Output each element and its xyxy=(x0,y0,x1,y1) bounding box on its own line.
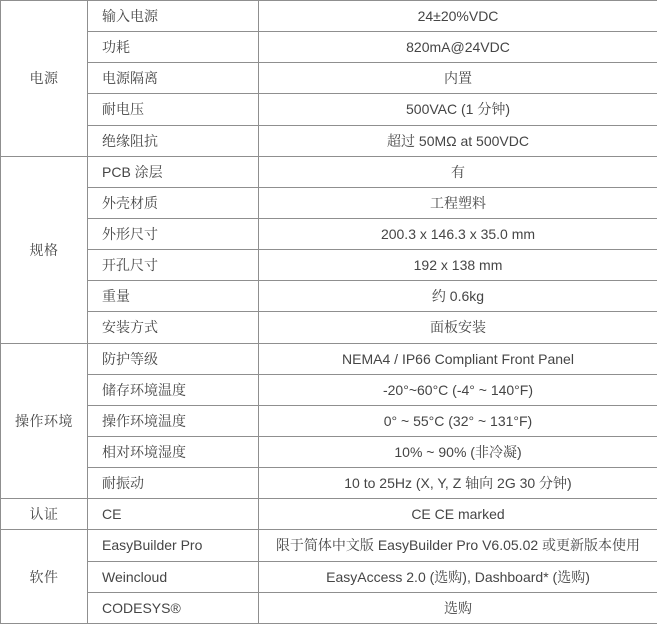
spec-table-body: 电源输入电源24±20%VDC功耗820mA@24VDC电源隔离内置耐电压500… xyxy=(1,1,657,624)
category-cell: 认证 xyxy=(1,499,88,530)
spec-value: -20°~60°C (-4° ~ 140°F) xyxy=(259,374,657,405)
spec-value: EasyAccess 2.0 (选购), Dashboard* (选购) xyxy=(259,561,657,592)
spec-value: 约 0.6kg xyxy=(259,281,657,312)
table-row: 电源隔离内置 xyxy=(1,63,657,94)
spec-label: CODESYS® xyxy=(88,592,259,623)
spec-label: Weincloud xyxy=(88,561,259,592)
category-cell: 操作环境 xyxy=(1,343,88,499)
spec-label: 重量 xyxy=(88,281,259,312)
table-row: 安装方式面板安装 xyxy=(1,312,657,343)
category-cell: 软件 xyxy=(1,530,88,624)
spec-value: 内置 xyxy=(259,63,657,94)
table-row: 操作环境温度0° ~ 55°C (32° ~ 131°F) xyxy=(1,405,657,436)
table-row: 储存环境温度-20°~60°C (-4° ~ 140°F) xyxy=(1,374,657,405)
spec-label: 耐振动 xyxy=(88,468,259,499)
spec-label: PCB 涂层 xyxy=(88,156,259,187)
spec-value: 选购 xyxy=(259,592,657,623)
spec-label: 功耗 xyxy=(88,32,259,63)
spec-value: 工程塑料 xyxy=(259,187,657,218)
spec-label: EasyBuilder Pro xyxy=(88,530,259,561)
table-row: 功耗820mA@24VDC xyxy=(1,32,657,63)
spec-label: 开孔尺寸 xyxy=(88,250,259,281)
table-row: 重量约 0.6kg xyxy=(1,281,657,312)
table-row: 相对环境湿度10% ~ 90% (非冷凝) xyxy=(1,436,657,467)
spec-label: 电源隔离 xyxy=(88,63,259,94)
table-row: 软件EasyBuilder Pro限于简体中文版 EasyBuilder Pro… xyxy=(1,530,657,561)
spec-value: 有 xyxy=(259,156,657,187)
table-row: 规格PCB 涂层有 xyxy=(1,156,657,187)
spec-label: 相对环境湿度 xyxy=(88,436,259,467)
table-row: 开孔尺寸192 x 138 mm xyxy=(1,250,657,281)
table-row: 耐振动10 to 25Hz (X, Y, Z 轴向 2G 30 分钟) xyxy=(1,468,657,499)
table-row: 外壳材质工程塑料 xyxy=(1,187,657,218)
spec-label: 耐电压 xyxy=(88,94,259,125)
spec-label: 防护等级 xyxy=(88,343,259,374)
spec-value: 200.3 x 146.3 x 35.0 mm xyxy=(259,218,657,249)
table-row: 电源输入电源24±20%VDC xyxy=(1,1,657,32)
spec-value: NEMA4 / IP66 Compliant Front Panel xyxy=(259,343,657,374)
spec-value: 24±20%VDC xyxy=(259,1,657,32)
spec-label: 输入电源 xyxy=(88,1,259,32)
spec-label: 操作环境温度 xyxy=(88,405,259,436)
table-row: 认证CECE CE marked xyxy=(1,499,657,530)
spec-value: 500VAC (1 分钟) xyxy=(259,94,657,125)
spec-sheet: 电源输入电源24±20%VDC功耗820mA@24VDC电源隔离内置耐电压500… xyxy=(0,0,657,624)
spec-value: 820mA@24VDC xyxy=(259,32,657,63)
spec-value: CE CE marked xyxy=(259,499,657,530)
spec-label: 外形尺寸 xyxy=(88,218,259,249)
spec-value: 10 to 25Hz (X, Y, Z 轴向 2G 30 分钟) xyxy=(259,468,657,499)
category-cell: 电源 xyxy=(1,1,88,157)
spec-value: 面板安装 xyxy=(259,312,657,343)
spec-label: 外壳材质 xyxy=(88,187,259,218)
table-row: WeincloudEasyAccess 2.0 (选购), Dashboard*… xyxy=(1,561,657,592)
spec-label: 绝缘阻抗 xyxy=(88,125,259,156)
spec-value: 限于简体中文版 EasyBuilder Pro V6.05.02 或更新版本使用 xyxy=(259,530,657,561)
spec-value: 10% ~ 90% (非冷凝) xyxy=(259,436,657,467)
spec-label: CE xyxy=(88,499,259,530)
spec-label: 储存环境温度 xyxy=(88,374,259,405)
spec-value: 0° ~ 55°C (32° ~ 131°F) xyxy=(259,405,657,436)
table-row: 操作环境防护等级NEMA4 / IP66 Compliant Front Pan… xyxy=(1,343,657,374)
spec-table: 电源输入电源24±20%VDC功耗820mA@24VDC电源隔离内置耐电压500… xyxy=(0,0,657,624)
table-row: 绝缘阻抗超过 50MΩ at 500VDC xyxy=(1,125,657,156)
spec-label: 安装方式 xyxy=(88,312,259,343)
spec-value: 超过 50MΩ at 500VDC xyxy=(259,125,657,156)
table-row: 耐电压500VAC (1 分钟) xyxy=(1,94,657,125)
table-row: 外形尺寸200.3 x 146.3 x 35.0 mm xyxy=(1,218,657,249)
table-row: CODESYS®选购 xyxy=(1,592,657,623)
spec-value: 192 x 138 mm xyxy=(259,250,657,281)
category-cell: 规格 xyxy=(1,156,88,343)
